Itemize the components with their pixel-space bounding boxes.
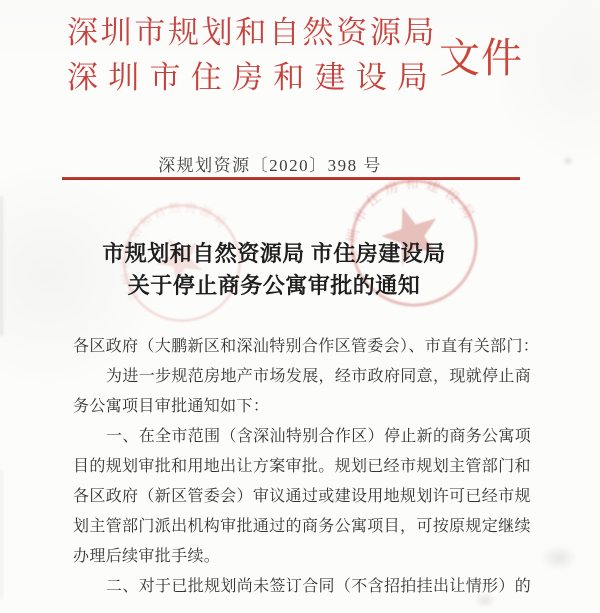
document-title-line1: 市规划和自然资源局 市住房建设局: [0, 238, 548, 270]
scan-smudge: [540, 545, 578, 571]
body-line: 划主管部门派出机构审批通过的商务公寓项目，可按原规定继续: [73, 512, 531, 542]
agency-name-line2: 深圳市住房和建设局: [67, 55, 437, 100]
document-number: 深规划资源〔2020〕398 号: [0, 151, 540, 176]
body-line-item-1: 一、在全市范围（含深汕特别合作区）停止新的商务公寓项: [73, 422, 531, 452]
document-title: 市规划和自然资源局 市住房建设局 关于停止商务公寓审批的通知: [0, 238, 548, 302]
body-line-item-2: 二、对于已批规划尚未签订合同（不含招拍挂出让情形）的: [73, 572, 531, 602]
body-line-salutation: 各区政府（大鹏新区和深汕特别合作区管委会）、市直有关部门：: [73, 332, 531, 362]
letterhead: 深圳市规划和自然资源局 深圳市住房和建设局 文件: [67, 10, 513, 100]
red-separator-line: [62, 177, 520, 180]
agency-name-line1: 深圳市规划和自然资源局: [67, 10, 437, 55]
issuing-agency-names: 深圳市规划和自然资源局 深圳市住房和建设局: [67, 10, 437, 100]
scanned-official-document: 深圳市规划和自然资源局 深圳市住房和建设局 文件 深规划资源〔2020〕398 …: [0, 0, 600, 613]
body-line: 为进一步规范房地产市场发展，经市政府同意，现就停止商: [73, 362, 531, 392]
scan-smudge: [562, 156, 574, 166]
body-line: 务公寓项目审批通知如下：: [73, 392, 531, 422]
body-line: 各区政府（新区管委会）审议通过或建设用地规划许可已经市规: [73, 482, 531, 512]
scan-smudge: [0, 470, 4, 600]
document-body: 各区政府（大鹏新区和深汕特别合作区管委会）、市直有关部门： 为进一步规范房地产市…: [73, 332, 531, 602]
body-line: 办理后续审批手续。: [73, 542, 531, 572]
document-type-label: 文件: [439, 38, 523, 79]
body-line: 目的规划审批和用地出让方案审批。规划已经市规划主管部门和: [73, 452, 531, 482]
document-title-line2: 关于停止商务公寓审批的通知: [0, 270, 548, 302]
